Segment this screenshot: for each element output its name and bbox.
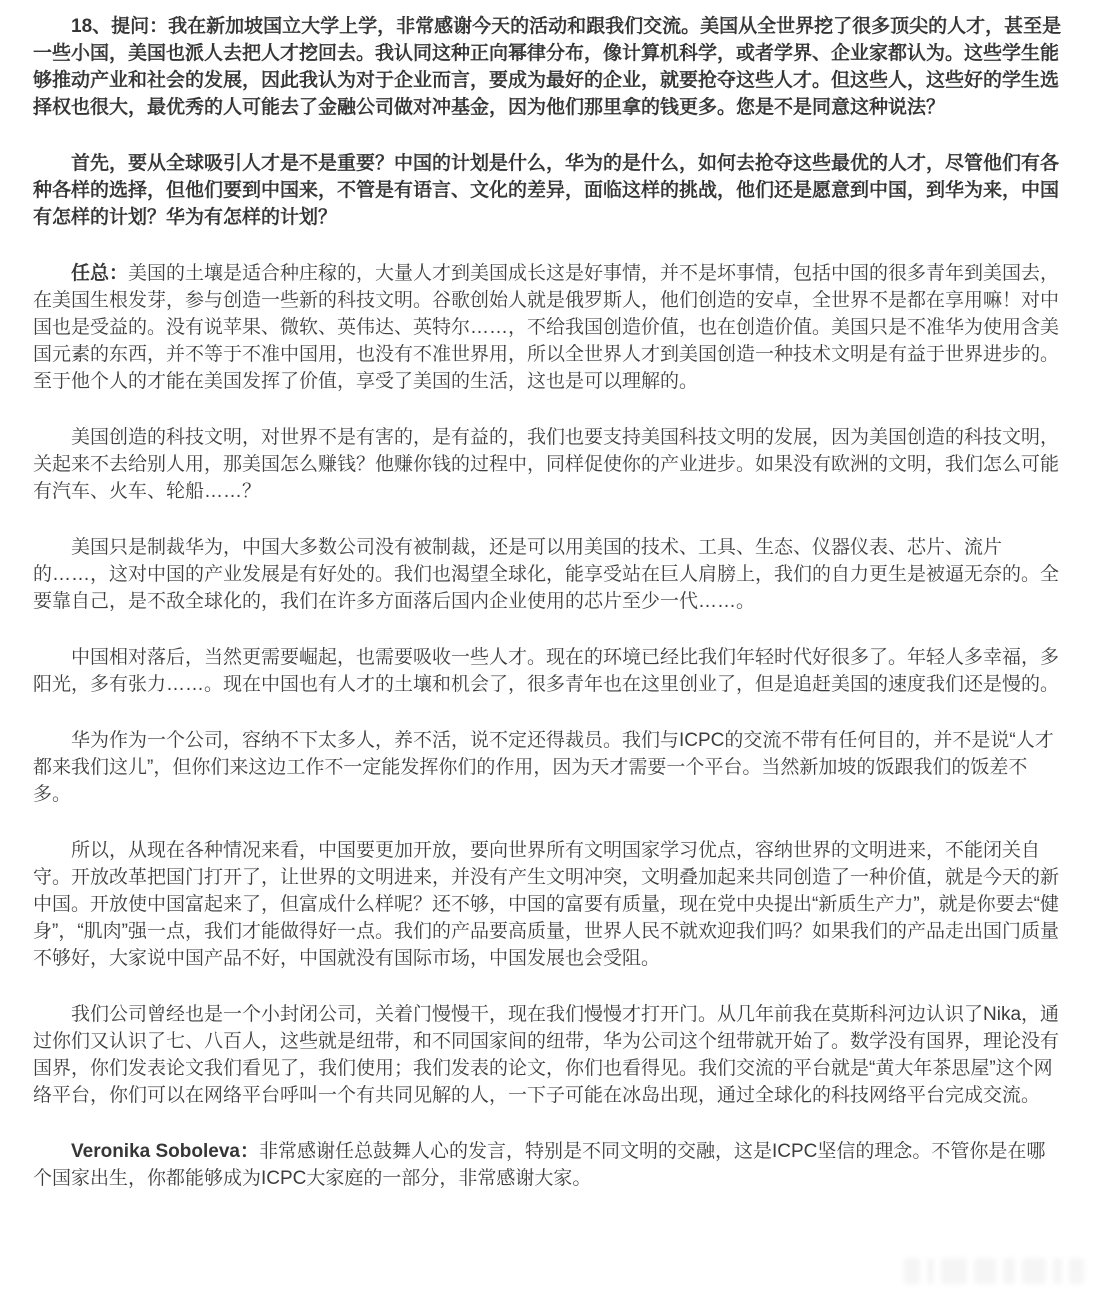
article-page: 18、提问：我在新加坡国立大学上学，非常感谢今天的活动和跟我们交流。美国从全世界… <box>0 0 1102 1292</box>
watermark-blob <box>1003 1258 1015 1284</box>
answer-paragraph-2: 美国创造的科技文明，对世界不是有害的，是有益的，我们也要支持美国科技文明的发展，… <box>33 424 1062 505</box>
answer-paragraph-6: 所以，从现在各种情况来看，中国要更加开放，要向世界所有文明国家学习优点，容纳世界… <box>33 837 1062 972</box>
question-paragraph-2: 首先，要从全球吸引人才是不是重要？中国的计划是什么，华为的是什么，如何去抢夺这些… <box>33 150 1062 231</box>
answer-paragraph-4: 中国相对落后，当然更需要崛起，也需要吸收一些人才。现在的环境已经比我们年轻时代好… <box>33 644 1062 698</box>
answer-text-1: 美国的土壤是适合种庄稼的，大量人才到美国成长这是好事情，并不是坏事情，包括中国的… <box>33 263 1059 392</box>
qa-transcript: 18、提问：我在新加坡国立大学上学，非常感谢今天的活动和跟我们交流。美国从全世界… <box>0 0 1102 1192</box>
watermark-blob <box>1053 1258 1062 1284</box>
question-text-2: 首先，要从全球吸引人才是不是重要？中国的计划是什么，华为的是什么，如何去抢夺这些… <box>33 153 1059 228</box>
watermark-blob <box>1022 1258 1046 1284</box>
answer-text-3: 美国只是制裁华为，中国大多数公司没有被制裁，还是可以用美国的技术、工具、生态、仪… <box>33 537 1059 612</box>
answer-paragraph-3: 美国只是制裁华为，中国大多数公司没有被制裁，还是可以用美国的技术、工具、生态、仪… <box>33 534 1062 615</box>
speaker-name-veronika: Veronika Soboleva： <box>71 1141 259 1162</box>
answer-text-5: 华为作为一个公司，容纳不下太多人，养不活，说不定还得裁员。我们与ICPC的交流不… <box>33 730 1054 805</box>
answer-paragraph-1: 任总：美国的土壤是适合种庄稼的，大量人才到美国成长这是好事情，并不是坏事情，包括… <box>33 260 1062 395</box>
answer-paragraph-5: 华为作为一个公司，容纳不下太多人，养不活，说不定还得裁员。我们与ICPC的交流不… <box>33 727 1062 808</box>
speaker-name-ren: 任总： <box>71 263 128 284</box>
answer-text-4: 中国相对落后，当然更需要崛起，也需要吸收一些人才。现在的环境已经比我们年轻时代好… <box>33 647 1059 695</box>
watermark-blob <box>1069 1258 1084 1284</box>
watermark-blob <box>927 1258 934 1284</box>
answer-text-6: 所以，从现在各种情况来看，中国要更加开放，要向世界所有文明国家学习优点，容纳世界… <box>33 840 1059 969</box>
watermark-blob <box>904 1258 920 1284</box>
question-text-1: 18、提问：我在新加坡国立大学上学，非常感谢今天的活动和跟我们交流。美国从全世界… <box>33 16 1061 118</box>
watermark-blob <box>974 1258 996 1284</box>
moderator-paragraph: Veronika Soboleva：非常感谢任总鼓舞人心的发言，特别是不同文明的… <box>33 1138 1062 1192</box>
question-paragraph-1: 18、提问：我在新加坡国立大学上学，非常感谢今天的活动和跟我们交流。美国从全世界… <box>33 13 1062 121</box>
watermark <box>904 1258 1084 1284</box>
answer-text-2: 美国创造的科技文明，对世界不是有害的，是有益的，我们也要支持美国科技文明的发展，… <box>33 427 1059 502</box>
watermark-blob <box>941 1258 967 1284</box>
answer-text-7: 我们公司曾经也是一个小封闭公司，关着门慢慢干，现在我们慢慢才打开门。从几年前我在… <box>33 1004 1059 1106</box>
answer-paragraph-7: 我们公司曾经也是一个小封闭公司，关着门慢慢干，现在我们慢慢才打开门。从几年前我在… <box>33 1001 1062 1109</box>
